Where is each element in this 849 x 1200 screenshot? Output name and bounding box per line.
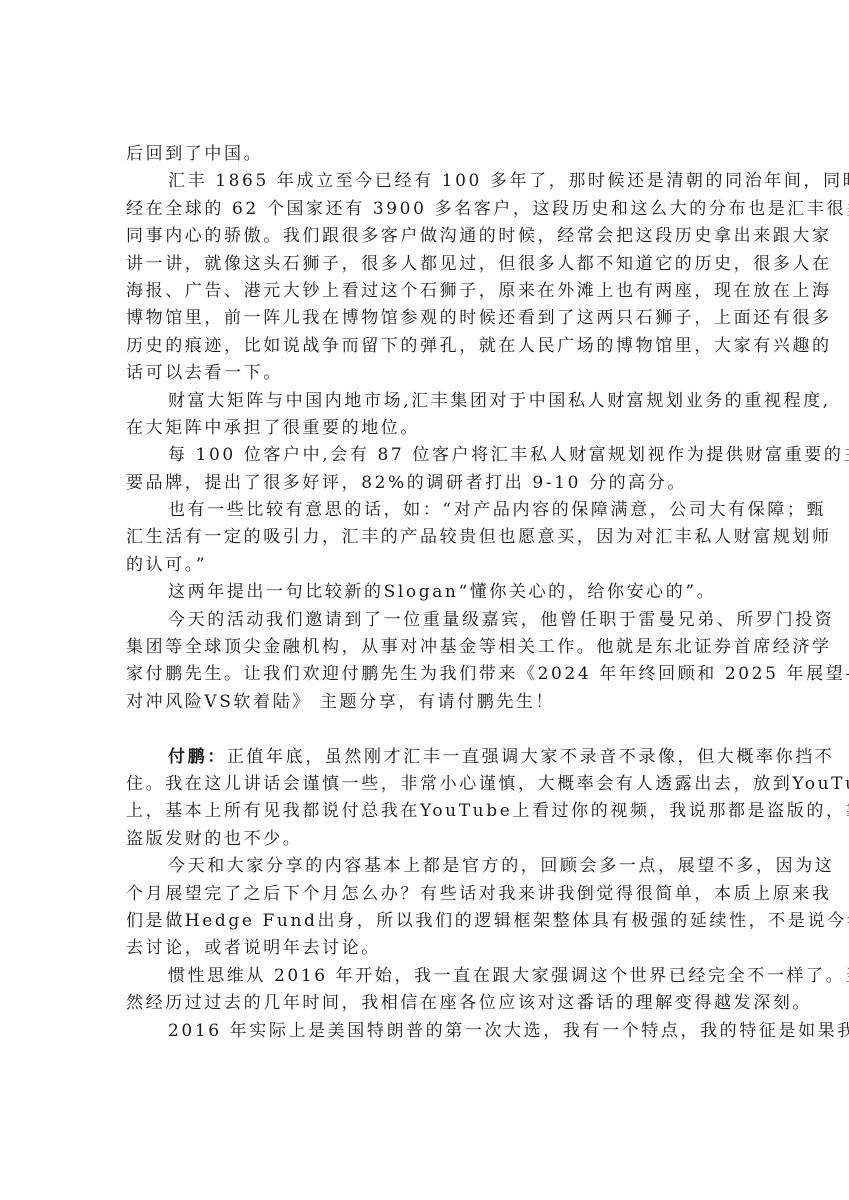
text-line: 汇生活有一定的吸引力，汇丰的产品较贵但也愿意买，因为对汇丰私人财富规划师 bbox=[126, 524, 726, 551]
text-line: 盗版发财的也不少。 bbox=[126, 826, 726, 853]
text-line: 们是做Hedge Fund出身，所以我们的逻辑框架整体具有极强的延续性，不是说今… bbox=[126, 908, 726, 935]
text-line: 海报、广告、港元大钞上看过这个石狮子，原来在外滩上也有两座，现在放在上海 bbox=[126, 278, 726, 305]
text-line: 汇丰 1865 年成立至今已经有 100 多年了，那时候还是清朝的同治年间，同时… bbox=[126, 168, 726, 195]
speaker-line: 付鹏：正值年底，虽然刚才汇丰一直强调大家不录音不录像，但大概率你挡不 bbox=[126, 744, 726, 771]
text-line: 博物馆里，前一阵儿我在博物馆参观的时候还看到了这两只石狮子，上面还有很多 bbox=[126, 305, 726, 332]
text-line: 家付鹏先生。让我们欢迎付鹏先生为我们带来《2024 年年终回顾和 2025 年展… bbox=[126, 661, 726, 688]
text-line: 也有一些比较有意思的话，如：“对产品内容的保障满意，公司大有保障；甄 bbox=[126, 497, 726, 524]
text-line: 去讨论，或者说明年去讨论。 bbox=[126, 935, 726, 962]
text-line: 今天和大家分享的内容基本上都是官方的，回顾会多一点，展望不多，因为这 bbox=[126, 853, 726, 880]
text-line: 集团等全球顶尖金融机构，从事对冲基金等相关工作。他就是东北证券首席经济学 bbox=[126, 634, 726, 661]
text-line: 然经历过过去的几年时间，我相信在座各位应该对这番话的理解变得越发深刻。 bbox=[126, 990, 726, 1017]
speaker-name: 付鹏： bbox=[168, 747, 227, 767]
text-line: 今天的活动我们邀请到了一位重量级嘉宾，他曾任职于雷曼兄弟、所罗门投资 bbox=[126, 607, 726, 634]
text-line: 经在全球的 62 个国家还有 3900 多名客户，这段历史和这么大的分布也是汇丰… bbox=[126, 196, 726, 223]
text-line: 上，基本上所有见我都说付总我在YouTube上看过你的视频，我说那都是盗版的，靠 bbox=[126, 798, 726, 825]
text-line: 惯性思维从 2016 年开始，我一直在跟大家强调这个世界已经完全不一样了。当 bbox=[126, 963, 726, 990]
document-body: 后回到了中国。 汇丰 1865 年成立至今已经有 100 多年了，那时候还是清朝… bbox=[126, 141, 726, 1045]
text-line: 对冲风险VS软着陆》 主题分享，有请付鹏先生！ bbox=[126, 689, 726, 716]
text-line: 在大矩阵中承担了很重要的地位。 bbox=[126, 415, 726, 442]
document-page: 后回到了中国。 汇丰 1865 年成立至今已经有 100 多年了，那时候还是清朝… bbox=[0, 0, 849, 1200]
text-line: 同事内心的骄傲。我们跟很多客户做沟通的时候，经常会把这段历史拿出来跟大家 bbox=[126, 223, 726, 250]
blank-line bbox=[126, 716, 726, 743]
text-line: 这两年提出一句比较新的Slogan“懂你关心的，给你安心的”。 bbox=[126, 579, 726, 606]
text-line: 历史的痕迹，比如说战争而留下的弹孔，就在人民广场的博物馆里，大家有兴趣的 bbox=[126, 333, 726, 360]
text-line: 财富大矩阵与中国内地市场,汇丰集团对于中国私人财富规划业务的重视程度, bbox=[126, 388, 726, 415]
text-line: 话可以去看一下。 bbox=[126, 360, 726, 387]
text-line: 后回到了中国。 bbox=[126, 141, 726, 168]
text-line: 要品牌，提出了很多好评，82%的调研者打出 9-10 分的高分。 bbox=[126, 470, 726, 497]
text-line: 个月展望完了之后下个月怎么办？有些话对我来讲我倒觉得很简单，本质上原来我 bbox=[126, 881, 726, 908]
text-line: 2016 年实际上是美国特朗普的第一次大选，我有一个特点，我的特征是如果我 bbox=[126, 1018, 726, 1045]
text-line: 讲一讲，就像这头石狮子，很多人都见过，但很多人都不知道它的历史，很多人在 bbox=[126, 251, 726, 278]
text-line: 的认可。” bbox=[126, 552, 726, 579]
text-line: 住。我在这儿讲话会谨慎一些，非常小心谨慎，大概率会有人透露出去，放到YouTub… bbox=[126, 771, 726, 798]
text-run: 正值年底，虽然刚才汇丰一直强调大家不录音不录像，但大概率你挡不 bbox=[227, 747, 835, 767]
text-line: 每 100 位客户中,会有 87 位客户将汇丰私人财富规划视作为提供财富重要的主 bbox=[126, 442, 726, 469]
